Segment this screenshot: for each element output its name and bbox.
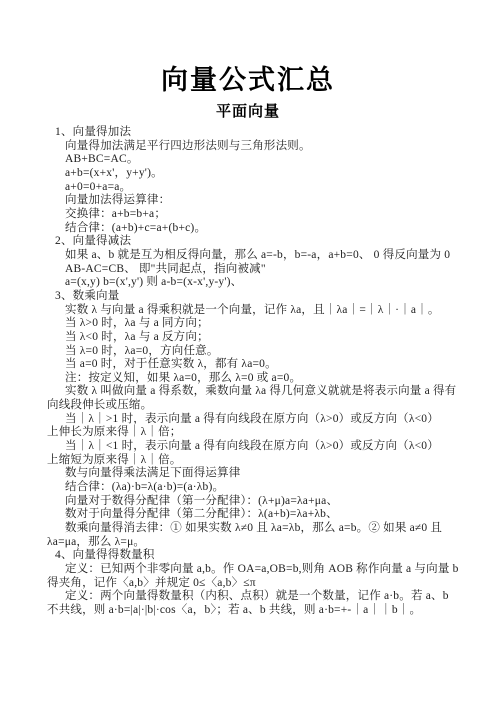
text-line: 当 λ=0 时，λa=0，方向任意。 xyxy=(47,345,490,359)
text-line: 当 λ>0 时，λa 与 a 同方向； xyxy=(47,317,490,331)
text-line: 实数 λ 与向量 a 得乘积就是一个向量，记作 λa，且｜λa｜=｜λ｜·｜a｜… xyxy=(47,304,490,318)
text-line: 交换律：a+b=b+a； xyxy=(47,208,490,222)
text-line: 数与向量得乘法满足下面得运算律 xyxy=(47,467,490,481)
text-line: 向量加法得运算律： xyxy=(47,194,490,208)
document-title: 向量公式汇总 xyxy=(0,58,496,97)
section-heading: 4、向量得得数量积 xyxy=(47,549,490,563)
text-line: 当｜λ｜<1 时，表示向量 a 得有向线段在原方向（λ>0）或反方向（λ<0） xyxy=(47,440,490,454)
text-line: 当 λ<0 时，λa 与 a 反方向； xyxy=(47,331,490,345)
text-line: 向线段伸长或压缩。 xyxy=(47,399,490,413)
text-line: 数乘向量得消去律：① 如果实数 λ≠0 且 λa=λb，那么 a=b。② 如果 … xyxy=(47,522,490,536)
section-heading: 1、向量得加法 xyxy=(47,126,490,140)
text-line: 结合律：(λa)·b=λ(a·b)=(a·λb)。 xyxy=(47,481,490,495)
text-line: 注：按定义知，如果 λa=0，那么 λ=0 或 a=0。 xyxy=(47,372,490,386)
text-line: AB-AC=CB、 即"共同起点，指向被减" xyxy=(47,263,490,277)
text-line: 定义：两个向量得数量积（内积、点积）就是一个数量，记作 a·b。若 a、b xyxy=(47,590,490,604)
text-line: λa=μa，那么 λ=μ。 xyxy=(47,536,490,550)
text-line: a=(x,y) b=(x',y') 则 a-b=(x-x',y-y')、 xyxy=(47,276,490,290)
document-page: 向量公式汇总 平面向量 1、向量得加法向量得加法满足平行四边形法则与三角形法则。… xyxy=(0,0,496,702)
text-line: 不共线，则 a·b=|a|·|b|·cos〈a，b〉；若 a、b 共线，则 a·… xyxy=(47,604,490,618)
text-line: 得夹角，记作〈a,b〉并规定 0≤〈a,b〉≤π xyxy=(47,577,490,591)
text-line: 数对于向量得分配律（第二分配律）：λ(a+b)=λa+λb、 xyxy=(47,508,490,522)
text-line: 向量对于数得分配律（第一分配律）：(λ+μ)a=λa+μa、 xyxy=(47,495,490,509)
text-line: a+b=(x+x'，y+y')。 xyxy=(47,167,490,181)
text-line: 上缩短为原来得｜λ｜倍。 xyxy=(47,454,490,468)
text-line: 结合律：(a+b)+c=a+(b+c)。 xyxy=(47,222,490,236)
text-line: 当 a=0 时，对于任意实数 λ，都有 λa=0。 xyxy=(47,358,490,372)
text-line: 如果 a、b 就是互为相反得向量，那么 a=-b，b=-a，a+b=0、 0 得… xyxy=(47,249,490,263)
text-line: a+0=0+a=a。 xyxy=(47,181,490,195)
section-heading: 3、数乘向量 xyxy=(47,290,490,304)
text-line: 定义：已知两个非零向量 a,b。作 OA=a,OB=b,则角 AOB 称作向量 … xyxy=(47,563,490,577)
document-lines: 1、向量得加法向量得加法满足平行四边形法则与三角形法则。AB+BC=AC。a+b… xyxy=(47,126,490,618)
text-line: 上伸长为原来得｜λ｜倍； xyxy=(47,426,490,440)
text-line: 实数 λ 叫做向量 a 得系数，乘数向量 λa 得几何意义就就是将表示向量 a … xyxy=(47,385,490,399)
section-heading: 2、向量得减法 xyxy=(47,235,490,249)
text-line: 当｜λ｜>1 时，表示向量 a 得有向线段在原方向（λ>0）或反方向（λ<0） xyxy=(47,413,490,427)
text-line: 向量得加法满足平行四边形法则与三角形法则。 xyxy=(47,140,490,154)
text-line: AB+BC=AC。 xyxy=(47,153,490,167)
document-subtitle: 平面向量 xyxy=(0,100,496,121)
